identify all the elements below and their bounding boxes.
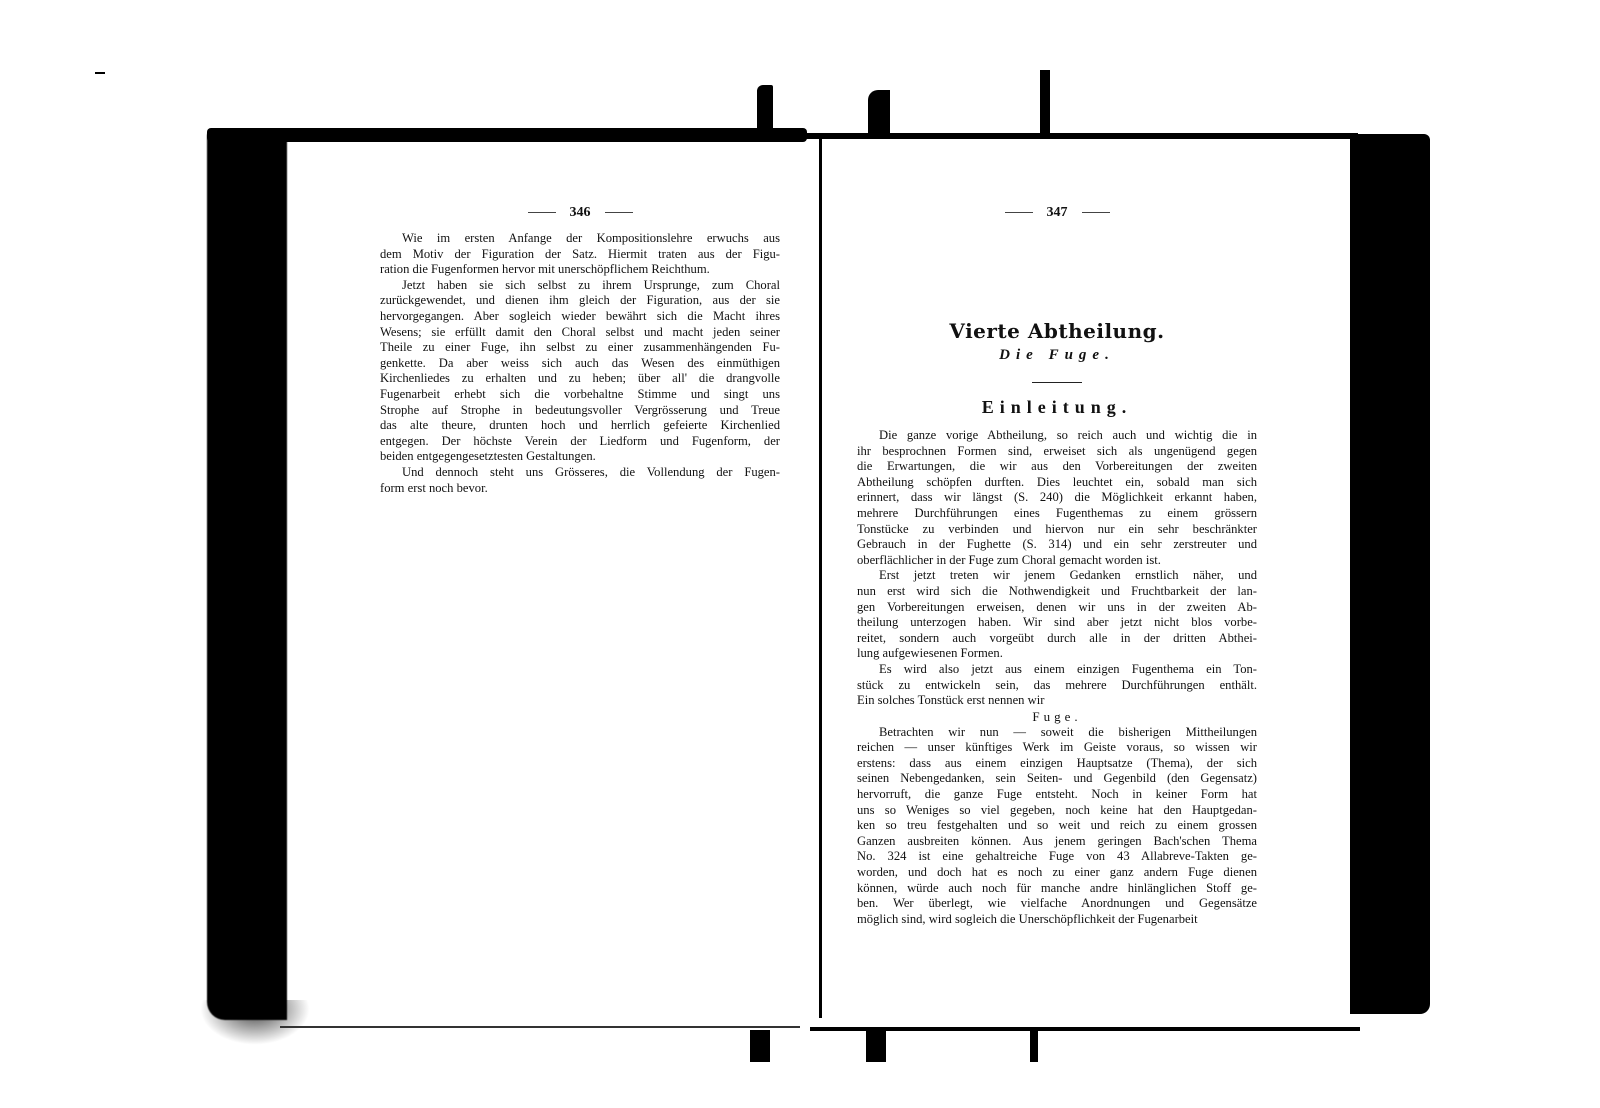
page-number-left: 346 <box>380 205 780 221</box>
text-line: gen Vorbereitungen erweisen, denen wir u… <box>857 600 1257 616</box>
text-line: form erst noch bevor. <box>380 481 780 497</box>
text-line: stück zu entwickeln sein, das mehrere Du… <box>857 678 1257 694</box>
text-line: können, würde auch noch für manche andre… <box>857 881 1257 897</box>
text-line: ben. Wer überlegt, wie vielfache Anordnu… <box>857 896 1257 912</box>
page-number-dash <box>1005 212 1033 213</box>
page-tab-marker <box>750 1030 770 1062</box>
paragraph: Wie im ersten Anfange der Kompositionsle… <box>380 231 780 278</box>
section-divider <box>1032 382 1082 383</box>
text-line: ken so treu festgehalten und so weit und… <box>857 818 1257 834</box>
paragraph: Betrachten wir nun — soweit die bisherig… <box>857 725 1257 928</box>
book-spine <box>819 138 822 1018</box>
book-left-edge <box>207 130 287 1020</box>
page-tab-marker <box>866 1030 886 1062</box>
book-bottom-edge-right <box>810 1027 1360 1031</box>
text-line: Gebrauch in der Fughette (S. 314) und ei… <box>857 537 1257 553</box>
text-line: Die ganze vorige Abtheilung, so reich au… <box>857 428 1257 444</box>
page-number-dash <box>605 212 633 213</box>
text-line: das alte theure, drunten hoch und herrli… <box>380 418 780 434</box>
left-page: 346 Wie im ersten Anfange der Kompositio… <box>380 205 780 496</box>
text-line: Wie im ersten Anfange der Kompositionsle… <box>380 231 780 247</box>
text-line: die Erwartungen, die wir aus den Vorbere… <box>857 459 1257 475</box>
page-tab-marker <box>868 90 890 135</box>
text-line: ration die Fugenformen hervor mit unersc… <box>380 262 780 278</box>
text-line: Kirchenliedes zu erhalten und zu heben; … <box>380 371 780 387</box>
book-right-edge <box>1350 134 1430 1014</box>
text-line: beiden entgegengesetztesten Gestaltungen… <box>380 449 780 465</box>
text-line: Fugenarbeit erhebt sich die vorbehaltne … <box>380 387 780 403</box>
text-line: mehrere Durchführungen eines Fugenthemas… <box>857 506 1257 522</box>
text-line: entgegen. Der höchste Verein der Liedfor… <box>380 434 780 450</box>
text-line: Ein solches Tonstück erst nennen wir <box>857 693 1257 709</box>
page-tab-marker <box>757 85 773 135</box>
text-line: Jetzt haben sie sich selbst zu ihrem Urs… <box>380 278 780 294</box>
paragraph: Es wird also jetzt aus einem einzigen Fu… <box>857 662 1257 709</box>
text-line: No. 324 ist eine gehaltreiche Fuge von 4… <box>857 849 1257 865</box>
paragraph: Die ganze vorige Abtheilung, so reich au… <box>857 428 1257 568</box>
right-page: 347 Vierte Abtheilung. Die Fuge. Einleit… <box>857 205 1257 927</box>
section-title: Vierte Abtheilung. <box>857 319 1257 343</box>
text-line: lung aufgewiesenen Formen. <box>857 646 1257 662</box>
text-line: Es wird also jetzt aus einem einzigen Fu… <box>857 662 1257 678</box>
introduction-heading: Einleitung. <box>857 397 1257 418</box>
page-tab-marker <box>1040 70 1050 135</box>
text-line: hervorgegangen. Aber sogleich wieder bew… <box>380 309 780 325</box>
paragraph: Erst jetzt treten wir jenem Gedanken ern… <box>857 568 1257 662</box>
book-bottom-edge-left <box>280 1026 800 1028</box>
left-page-body: Wie im ersten Anfange der Kompositionsle… <box>380 231 780 496</box>
text-line: worden, und doch hat es noch zu einer ga… <box>857 865 1257 881</box>
text-line: Strophe auf Strophe in bedeutungsvoller … <box>380 403 780 419</box>
text-line: erinnert, dass wir längst (S. 240) die M… <box>857 490 1257 506</box>
page-number-text: 346 <box>570 205 591 220</box>
text-line: Erst jetzt treten wir jenem Gedanken ern… <box>857 568 1257 584</box>
page-tab-marker <box>1030 1030 1038 1062</box>
text-line: Und dennoch steht uns Grösseres, die Vol… <box>380 465 780 481</box>
paragraph: Jetzt haben sie sich selbst zu ihrem Urs… <box>380 278 780 465</box>
text-line: ihr besprochnen Formen sind, erweiset si… <box>857 444 1257 460</box>
right-page-body: Die ganze vorige Abtheilung, so reich au… <box>857 428 1257 709</box>
text-line: reichen — unser künftiges Werk im Geiste… <box>857 740 1257 756</box>
text-line: zurückgewendet, und dienen ihm gleich de… <box>380 293 780 309</box>
text-line: dem Motiv der Figuration der Satz. Hierm… <box>380 247 780 263</box>
page-number-dash <box>528 212 556 213</box>
text-line: Wesens; sie erfüllt damit den Choral sel… <box>380 325 780 341</box>
text-line: nun erst wird sich die Nothwendigkeit un… <box>857 584 1257 600</box>
text-line: Ganzen ausbreiten können. Aus jenem geri… <box>857 834 1257 850</box>
text-line: hervorruft, die ganze Fuge entsteht. Noc… <box>857 787 1257 803</box>
right-page-final-paragraph: Betrachten wir nun — soweit die bisherig… <box>857 725 1257 928</box>
text-line: Betrachten wir nun — soweit die bisherig… <box>857 725 1257 741</box>
paragraph: Und dennoch steht uns Grösseres, die Vol… <box>380 465 780 496</box>
text-line: Tonstücke zu verbinden und hiervon nur e… <box>857 522 1257 538</box>
centered-term: Fuge. <box>857 709 1257 725</box>
page-number-right: 347 <box>857 205 1257 221</box>
book-top-edge-left <box>207 128 807 142</box>
text-line: uns so Weniges so viel gegeben, noch kei… <box>857 803 1257 819</box>
text-line: genkette. Da aber weiss sich auch das We… <box>380 356 780 372</box>
text-line: seinen Nebengedanken, sein Seiten- und G… <box>857 771 1257 787</box>
page-number-dash <box>1082 212 1110 213</box>
text-line: möglich sind, wird sogleich die Unerschö… <box>857 912 1257 928</box>
text-line: Theile zu einer Fuge, ihn selbst zu eine… <box>380 340 780 356</box>
text-line: theilung unterzogen haben. Wir sind aber… <box>857 615 1257 631</box>
section-subtitle: Die Fuge. <box>857 347 1257 364</box>
text-line: oberflächlicher in der Fuge zum Choral g… <box>857 553 1257 569</box>
text-line: Abtheilung schöpfen durften. Dies leucht… <box>857 475 1257 491</box>
text-line: reitet, sondern auch vorgeübt durch alle… <box>857 631 1257 647</box>
page-number-text: 347 <box>1047 205 1068 220</box>
scan-speck <box>95 72 105 74</box>
text-line: erstens: dass aus einem einzigen Hauptsa… <box>857 756 1257 772</box>
book-left-edge-shadow <box>200 1000 310 1045</box>
